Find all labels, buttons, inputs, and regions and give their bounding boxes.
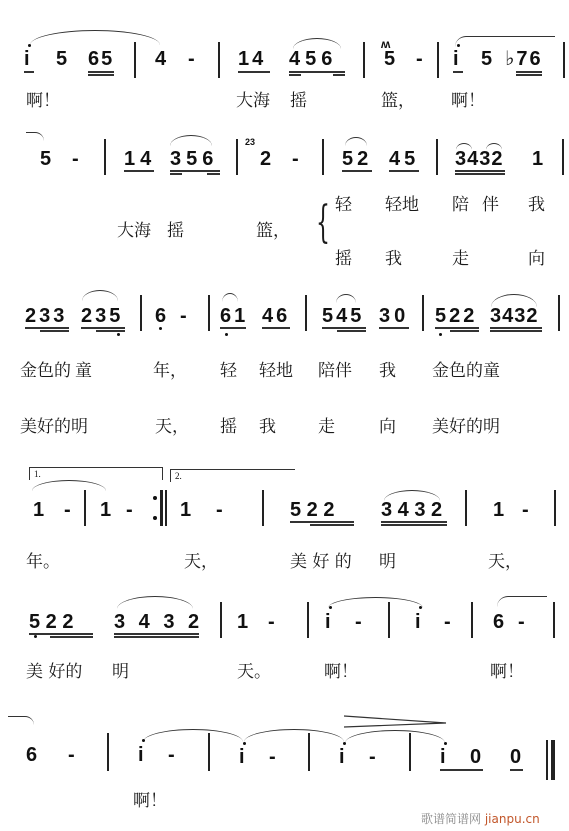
high-dot (419, 606, 422, 609)
underline (114, 636, 199, 638)
note: 6 (155, 306, 166, 326)
note: 5 (384, 49, 395, 69)
barline (465, 490, 467, 526)
note: 1 (532, 149, 543, 169)
dash: - (518, 612, 525, 632)
lyric-v1: 轻 (220, 362, 237, 380)
underline (81, 327, 125, 329)
underline (516, 71, 542, 73)
lyric: 年。 (26, 553, 60, 571)
barline (437, 42, 439, 78)
underline (50, 636, 93, 638)
slur (455, 36, 555, 47)
high-dot (329, 606, 332, 609)
note: 1 (100, 500, 111, 520)
tie (345, 730, 445, 743)
high-dot (444, 742, 447, 745)
barline (307, 602, 309, 638)
barline (134, 42, 136, 78)
underline (342, 170, 372, 172)
underline (440, 769, 483, 771)
underline (29, 633, 93, 635)
note: 3 4 3 2 (381, 500, 442, 520)
dash: - (269, 747, 276, 767)
note: i (339, 747, 345, 767)
high-dot (343, 742, 346, 745)
underline (114, 633, 199, 635)
barline (262, 490, 264, 526)
barline (363, 42, 365, 78)
lyric: 天。 (237, 663, 271, 681)
note: 52 (342, 149, 372, 169)
dash: - (444, 612, 451, 632)
lyric: 啊！ (451, 92, 485, 110)
slur (345, 137, 367, 146)
lyric-v2: 我 (385, 250, 402, 268)
underline (435, 327, 479, 329)
underline (453, 71, 463, 73)
note: 6 (493, 612, 504, 632)
underline (220, 327, 246, 329)
barline (218, 42, 220, 78)
note: 14 (124, 149, 156, 169)
watermark-cn: 歌谱简谱网 (421, 812, 481, 826)
underline (379, 327, 409, 329)
lyric: 摇 (290, 92, 307, 110)
lyric-v2: 天， (155, 418, 189, 436)
dash: - (355, 612, 362, 632)
note: 1 (180, 500, 191, 520)
repeat-dot (153, 496, 157, 500)
lyric-v2: 走 (318, 418, 335, 436)
lyric: 美 好 的 (290, 553, 352, 571)
note: 3 4 3 2 (114, 612, 203, 632)
lyric: 明 (379, 553, 396, 571)
underline (322, 327, 366, 329)
lyric-v1: 伴 (482, 196, 499, 214)
slur (336, 294, 356, 303)
lyric: 啊！ (490, 663, 524, 681)
dash: - (268, 612, 275, 632)
verse-brace: { (316, 193, 330, 253)
note: 233 (25, 306, 67, 326)
underline (124, 170, 154, 172)
lyric-v2: 摇 (220, 418, 237, 436)
lyric: 篮， (256, 222, 290, 240)
barline (322, 139, 324, 175)
dash: - (216, 500, 223, 520)
note: 46 (262, 306, 290, 326)
barline (84, 490, 86, 526)
lyric-v1: 轻地 (259, 362, 293, 380)
barline (104, 139, 106, 175)
tie (32, 480, 106, 491)
underline (40, 330, 69, 332)
lyric-v1: 我 (379, 362, 396, 380)
barline (562, 139, 564, 175)
note: 45 (389, 149, 419, 169)
underline (238, 71, 270, 73)
lyric-v1: 童 (75, 362, 92, 380)
underline (333, 74, 345, 76)
underline (289, 74, 301, 76)
note: 1 (237, 612, 248, 632)
lyric-v2: 美好的明 (432, 418, 500, 436)
slur (30, 30, 160, 45)
underline (450, 330, 479, 332)
note: 30 (379, 306, 409, 326)
note: 4 (155, 49, 166, 69)
note: i (239, 747, 245, 767)
note: 5 (56, 49, 67, 69)
underline (490, 327, 542, 329)
lyric-v1: 金色的童 (432, 362, 500, 380)
note: 1 (493, 500, 504, 520)
slur (8, 716, 34, 725)
note: 14 (238, 49, 266, 69)
note: 61 (220, 306, 248, 326)
note: 456 (289, 49, 337, 69)
high-dot (457, 44, 460, 47)
tie (244, 729, 344, 742)
dash: - (168, 745, 175, 765)
slur (222, 293, 238, 302)
barline (305, 295, 307, 331)
dash: - (64, 500, 71, 520)
note: i (415, 612, 421, 632)
rest: 0 (470, 747, 481, 767)
underline (207, 173, 220, 175)
note: 3432 (490, 306, 539, 326)
underline (262, 327, 290, 329)
lyric-v2: 向 (379, 418, 396, 436)
underline (290, 521, 354, 523)
lyric-v2: 摇 (335, 250, 352, 268)
lyric-v2: 美好的明 (20, 418, 88, 436)
lyric-v1: 轻 (335, 196, 352, 214)
underline (88, 74, 114, 76)
note: 545 (322, 306, 364, 326)
barline (208, 733, 210, 771)
note: 5 2 2 (29, 612, 73, 632)
dash: - (180, 306, 187, 326)
barline (308, 733, 310, 771)
underline (510, 769, 523, 771)
underline (381, 524, 447, 526)
underline (389, 170, 419, 172)
barline (471, 602, 473, 638)
barline (436, 139, 438, 175)
lyric-v1: 陪 (452, 196, 469, 214)
repeat-barline-thin (165, 490, 167, 526)
lyric-v1: 陪伴 (318, 362, 352, 380)
underline (96, 330, 125, 332)
dash: - (369, 747, 376, 767)
lyric-v1: 轻地 (385, 196, 419, 214)
lyric: 啊！ (324, 663, 358, 681)
final-barline-thick (551, 740, 555, 780)
note: i (325, 612, 331, 632)
lyric-v2: 我 (259, 418, 276, 436)
slur (170, 135, 212, 146)
barline (107, 733, 109, 771)
note: 3432 (455, 149, 504, 169)
barline (208, 295, 210, 331)
underline (170, 170, 220, 172)
note: 235 (81, 306, 123, 326)
barline (553, 602, 555, 638)
barline (409, 733, 411, 771)
volta-2: 2. (170, 469, 295, 482)
note: i (138, 745, 144, 765)
lyric: 啊！ (26, 92, 60, 110)
lyric: 美 好的 (26, 663, 82, 681)
underline (455, 170, 505, 172)
barline (563, 42, 565, 78)
dash: - (68, 745, 75, 765)
low-dot (117, 333, 120, 336)
lyric-v2: 向 (528, 250, 545, 268)
barline (140, 295, 142, 331)
slur (117, 596, 193, 609)
decrescendo-icon (344, 714, 448, 728)
watermark: 歌谱简谱网 jianpu.cn (421, 810, 540, 827)
barline (236, 139, 238, 175)
dash: - (292, 149, 299, 169)
dash: - (72, 149, 79, 169)
high-dot (142, 739, 145, 742)
lyric: 明 (112, 663, 129, 681)
barline (220, 602, 222, 638)
dash: - (522, 500, 529, 520)
dash: - (126, 500, 133, 520)
underline (25, 327, 69, 329)
volta-1: 1. (29, 467, 163, 480)
watermark-url: jianpu.cn (485, 812, 540, 826)
slur (82, 290, 118, 301)
note: 5 2 2 (290, 500, 334, 520)
underline (88, 71, 114, 73)
high-dot (28, 44, 31, 47)
dash: - (416, 49, 423, 69)
slur (26, 132, 44, 141)
slur (497, 596, 547, 607)
lyric-v2: 走 (452, 250, 469, 268)
underline (310, 524, 354, 526)
low-dot (34, 635, 37, 638)
lyric: 摇 (167, 222, 184, 240)
lyric: 天， (184, 553, 218, 571)
barline (558, 295, 560, 331)
note: 522 (435, 306, 477, 326)
note: 5 (481, 49, 492, 69)
barline (422, 295, 424, 331)
lyric: 大海 (236, 92, 270, 110)
tie (143, 729, 243, 742)
note: 2 (260, 149, 271, 169)
underline (289, 71, 345, 73)
lyric-v1: 我 (528, 196, 545, 214)
underline (170, 173, 182, 175)
high-dot (243, 742, 246, 745)
repeat-barline (160, 490, 163, 526)
lyric-v1: 年， (153, 362, 187, 380)
underline (455, 173, 505, 175)
low-dot (225, 333, 228, 336)
final-barline-thin (546, 740, 548, 780)
note: i (24, 49, 30, 69)
underline (337, 330, 366, 332)
lyric: 篮， (381, 92, 415, 110)
note: 65 (88, 49, 114, 69)
dash: - (188, 49, 195, 69)
grace-notes: 23 (245, 138, 255, 147)
rest: 0 (510, 747, 521, 767)
note: i (453, 49, 459, 69)
note: 5 (40, 149, 51, 169)
tie (328, 597, 423, 608)
lyric: 天， (488, 553, 522, 571)
note: ♭76 (505, 49, 543, 69)
repeat-dot (153, 516, 157, 520)
underline (490, 330, 542, 332)
note: 6 (26, 745, 37, 765)
low-dot (159, 327, 162, 330)
low-dot (439, 333, 442, 336)
lyric: 啊！ (133, 792, 167, 810)
barline (388, 602, 390, 638)
underline (381, 521, 447, 523)
lyric: 大海 (117, 222, 151, 240)
lyric-v1: 金色的 (20, 362, 71, 380)
note: 356 (170, 149, 218, 169)
note: i (440, 747, 446, 767)
underline (24, 71, 34, 73)
note: 1 (33, 500, 44, 520)
barline (554, 490, 556, 526)
underline (516, 74, 542, 76)
